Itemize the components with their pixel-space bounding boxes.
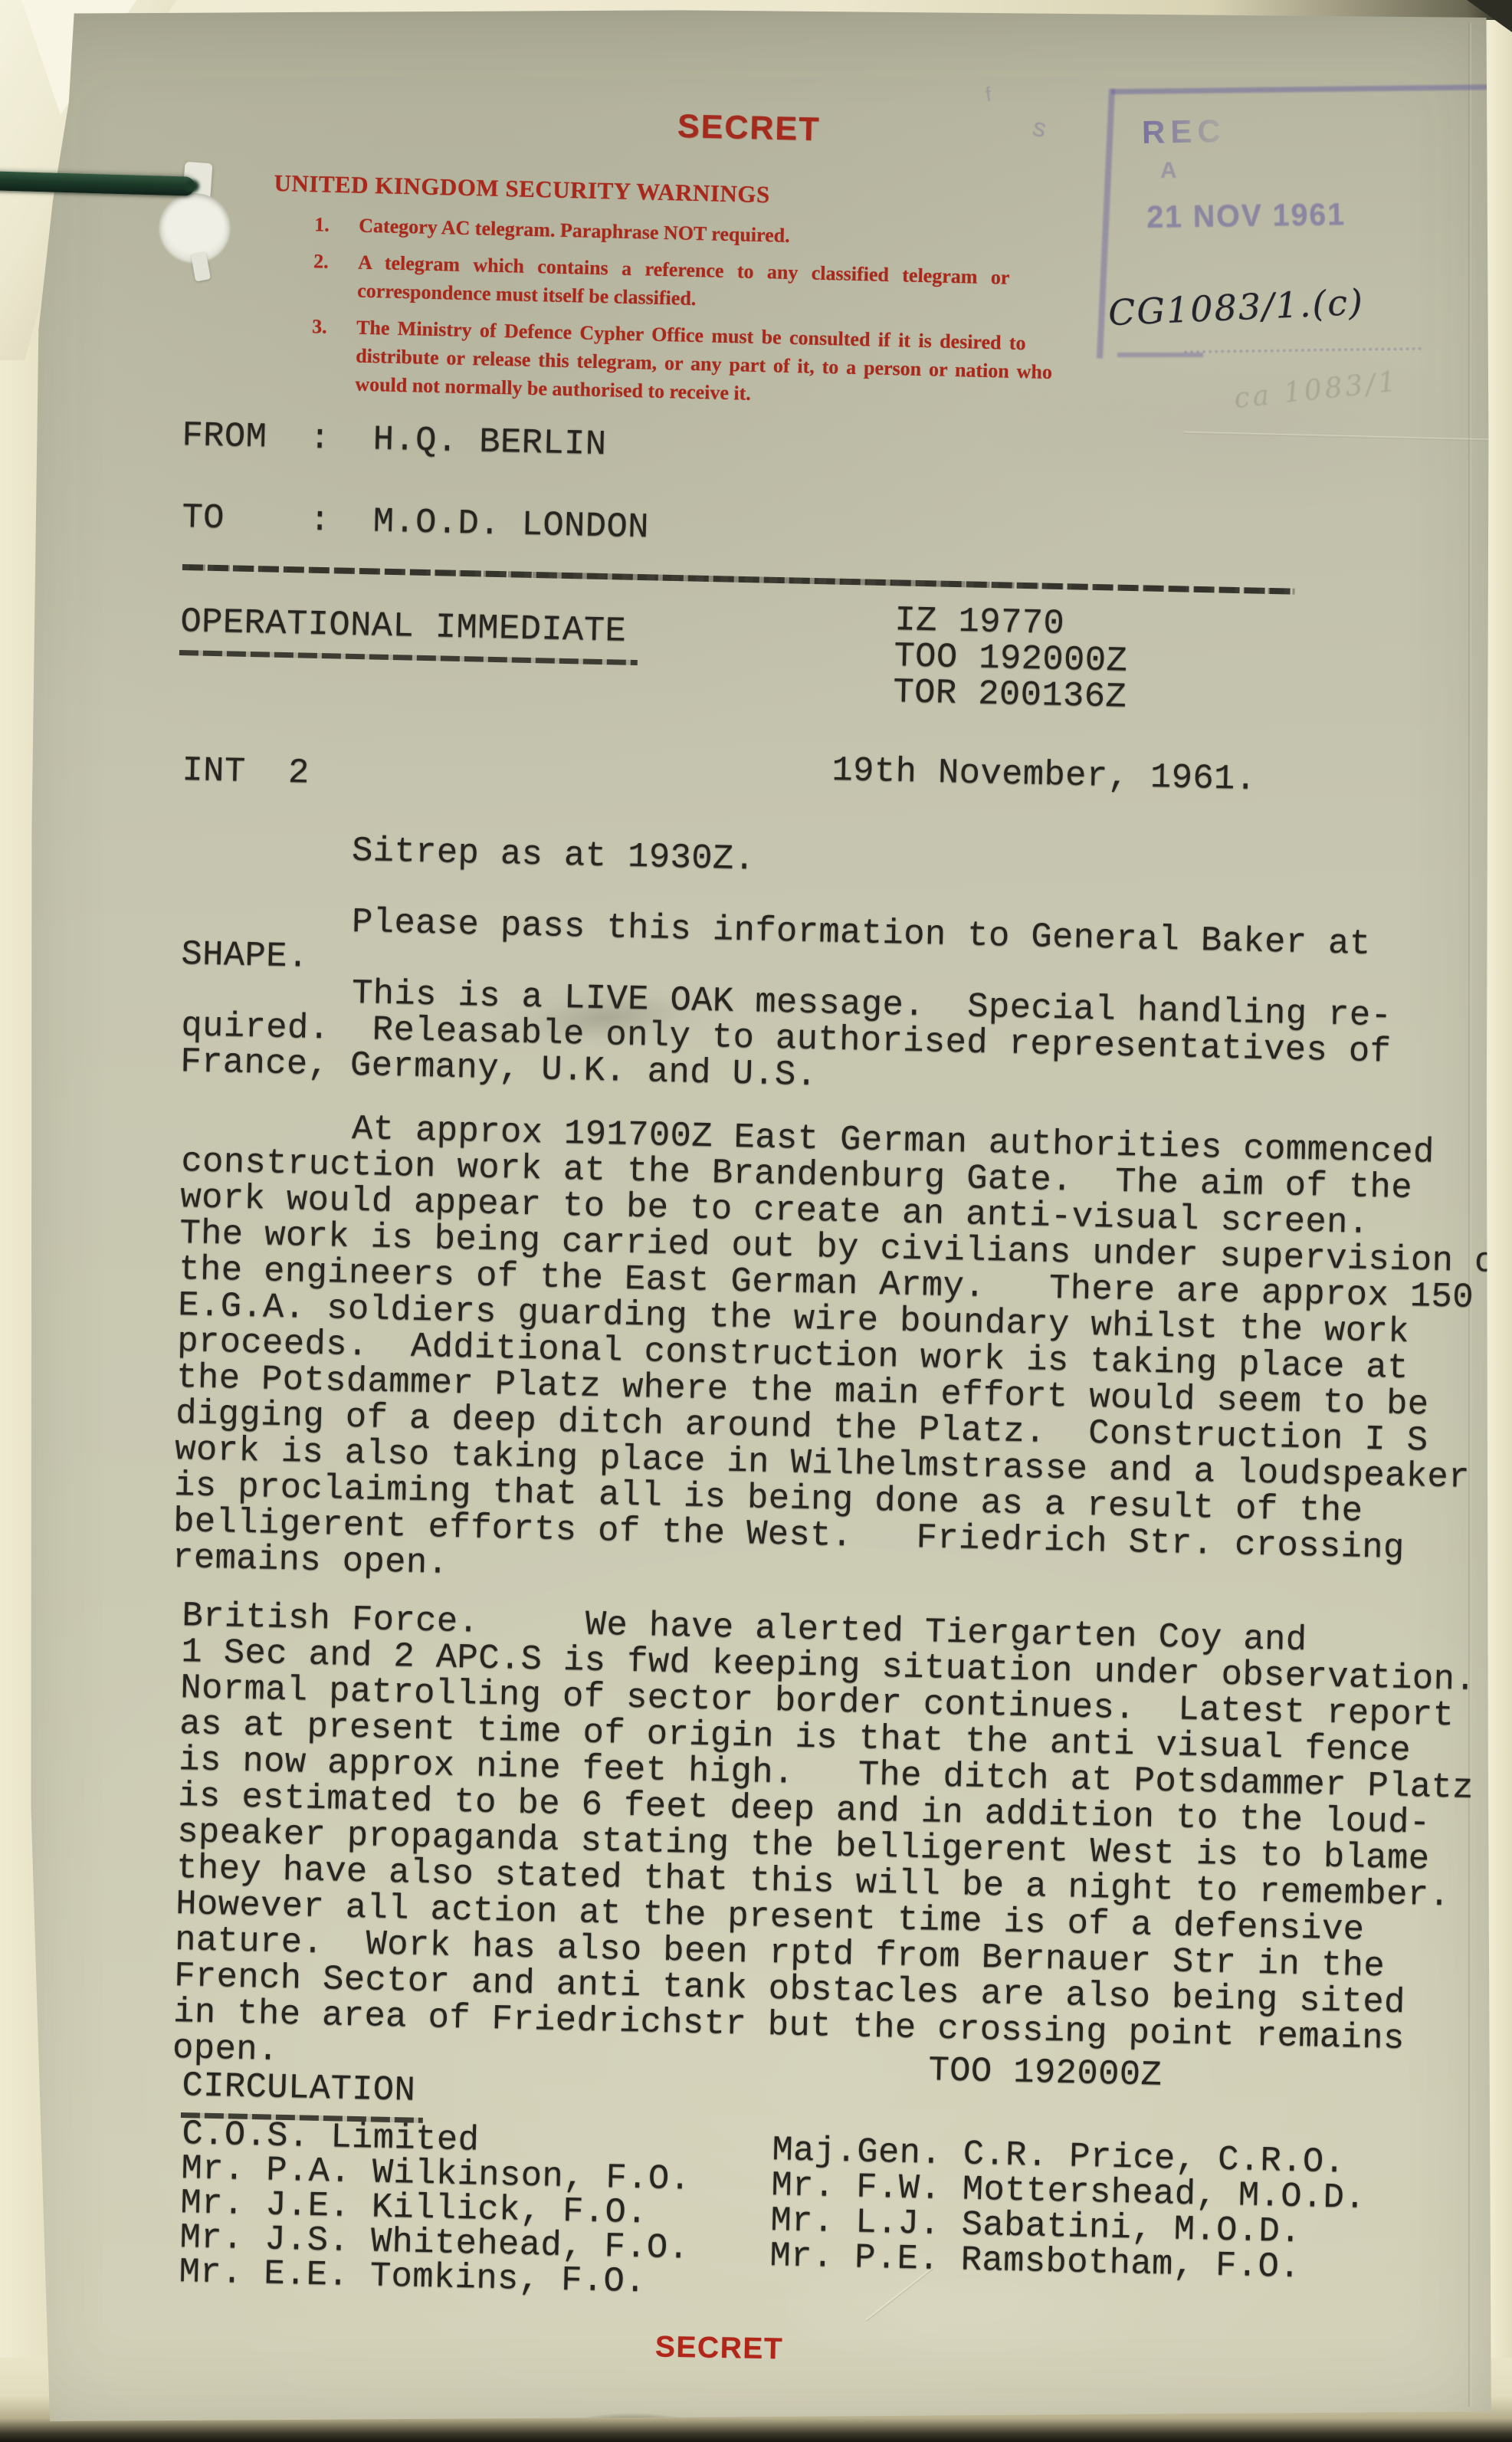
warning-number: 2. (313, 247, 359, 304)
sitrep-line: Sitrep as at 1930Z. (182, 829, 756, 878)
paragraph-liveoak: This is a LIVE OAK message. Special hand… (180, 972, 1392, 1106)
stamp-stray-mark: s (1030, 113, 1050, 145)
precedence-underline (179, 650, 638, 665)
received-stamp-letter: A (1160, 158, 1177, 184)
date-line: 19th November, 1961. (831, 753, 1257, 798)
paragraph-british: British Force. We have alerted Tiergarte… (172, 1598, 1478, 2095)
message-refs: IZ 19770TOO 192000ZTOR 200136Z (893, 602, 1129, 716)
circulation-heading: CIRCULATION (182, 2068, 416, 2109)
top-classification: SECRET (677, 110, 821, 146)
circulation-too: TOO 192000Z (928, 2053, 1163, 2094)
warning-number: 1. (314, 210, 359, 239)
typed-line: Mr. E.E. Tomkins, F.O. (179, 2255, 689, 2300)
separator-line (182, 564, 1295, 595)
from-line: FROM : H.Q. BERLIN (182, 418, 607, 463)
precedence-heading: OPERATIONAL IMMEDIATE (180, 604, 627, 650)
warning-number: 3. (310, 312, 357, 398)
circulation-list-left: C.O.S. LimitedMr. P.A. Wilkinson, F.O.Mr… (179, 2117, 692, 2300)
typed-line: TOR 200136Z (893, 675, 1127, 716)
telegram-page: SECRET UNITED KINGDOM SECURITY WARNINGS … (0, 0, 1512, 2442)
int-line: INT 2 (182, 753, 310, 792)
stamp-frame-top (1111, 84, 1512, 94)
stamp-stray-mark: f (984, 83, 992, 107)
paragraph-main: At approx 191700Z East German authoritie… (172, 1108, 1512, 1605)
bottom-classification: SECRET (655, 2332, 784, 2365)
scanned-telegram-scene: SECRET UNITED KINGDOM SECURITY WARNINGS … (0, 0, 1512, 2442)
punch-hole (159, 193, 230, 262)
paper-wrinkle (1184, 432, 1512, 442)
stamp-date: 21 NOV 1961 (1146, 196, 1346, 235)
received-stamp-text: REC (1142, 113, 1227, 151)
handwritten-reference: CG1083/1.(c) (1107, 284, 1365, 331)
to-line: TO : M.O.D. LONDON (182, 500, 649, 546)
circulation-list-right: Maj.Gen. C.R. Price, C.R.O.Mr. F.W. Mott… (769, 2132, 1367, 2286)
